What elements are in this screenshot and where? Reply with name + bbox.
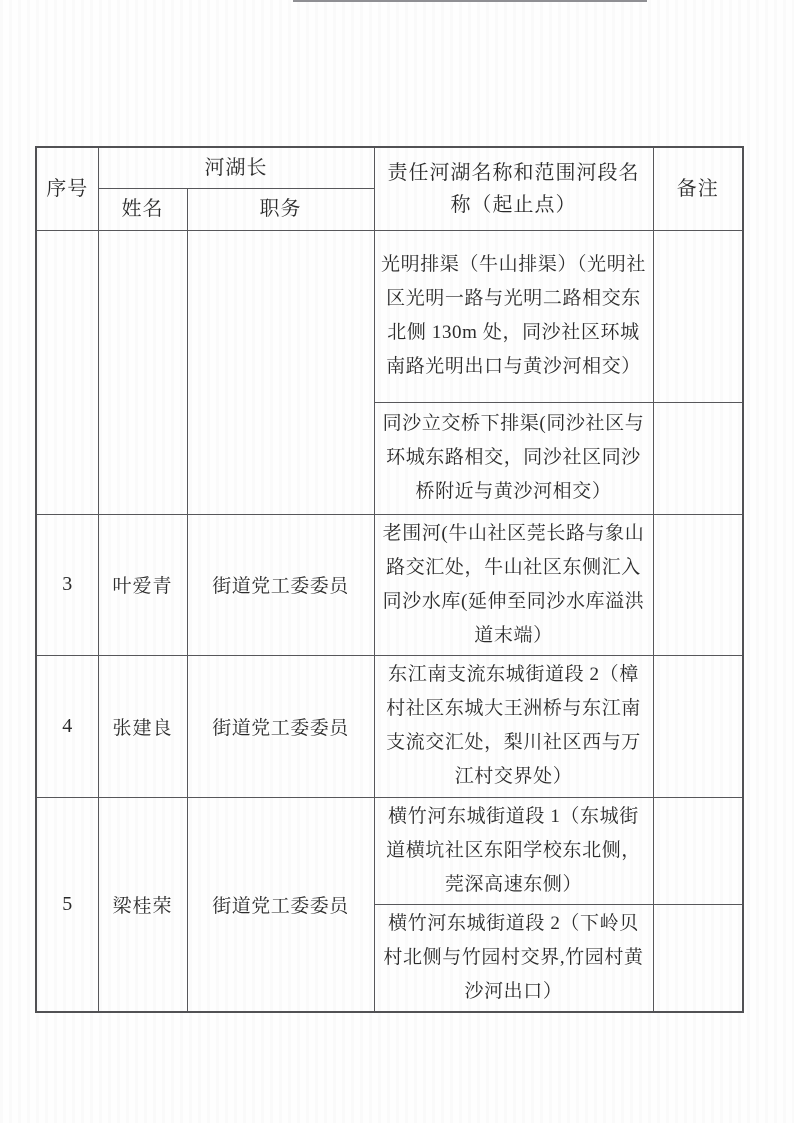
cell-remarks [653,230,743,402]
cell-river-segment: 光明排渠（牛山排渠）（光明社区光明一路与光明二路相交东北侧 130m 处，同沙社… [374,230,653,402]
table-row: 4 张建良 街道党工委委员 东江南支流东城街道段 2（樟村社区东城大王洲桥与东江… [36,655,743,797]
table-row: 5 梁桂荣 街道党工委委员 横竹河东城街道段 1（东城街道横坑社区东阳学校东北侧… [36,797,743,904]
cell-river-segment: 横竹河东城街道段 2（下岭贝村北侧与竹园村交界,竹园村黄沙河出口） [374,904,653,1012]
cell-river-segment: 东江南支流东城街道段 2（樟村社区东城大王洲桥与东江南支流交汇处，梨川社区西与万… [374,655,653,797]
cell-remarks [653,514,743,655]
cell-remarks [653,797,743,904]
header-name: 姓名 [98,188,187,230]
cell-serial: 3 [36,514,98,655]
cell-river-segment: 横竹河东城街道段 1（东城街道横坑社区东阳学校东北侧，莞深高速东侧） [374,797,653,904]
header-remarks: 备注 [653,147,743,230]
cell-position: 街道党工委委员 [187,797,374,1012]
river-chief-table: 序号 河湖长 责任河湖名称和范围河段名称（起止点） 备注 姓名 职务 光明排渠（… [35,146,744,1013]
header-chief-group: 河湖长 [98,147,374,188]
cell-river-segment: 老围河(牛山社区莞长路与象山路交汇处，牛山社区东侧汇入同沙水库(延伸至同沙水库溢… [374,514,653,655]
cell-position [187,230,374,514]
cell-remarks [653,402,743,514]
cell-name: 梁桂荣 [98,797,187,1012]
cell-position: 街道党工委委员 [187,655,374,797]
table-row: 光明排渠（牛山排渠）（光明社区光明一路与光明二路相交东北侧 130m 处，同沙社… [36,230,743,402]
cell-serial: 4 [36,655,98,797]
table-row: 3 叶爱青 街道党工委委员 老围河(牛山社区莞长路与象山路交汇处，牛山社区东侧汇… [36,514,743,655]
header-position: 职务 [187,188,374,230]
cell-remarks [653,904,743,1012]
cell-position: 街道党工委委员 [187,514,374,655]
header-river: 责任河湖名称和范围河段名称（起止点） [374,147,653,230]
cell-name: 张建良 [98,655,187,797]
cell-name: 叶爱青 [98,514,187,655]
cell-name [98,230,187,514]
cell-serial [36,230,98,514]
cell-river-segment: 同沙立交桥下排渠(同沙社区与环城东路相交，同沙社区同沙桥附近与黄沙河相交） [374,402,653,514]
header-row-1: 序号 河湖长 责任河湖名称和范围河段名称（起止点） 备注 [36,147,743,188]
scan-edge-artifact [293,0,647,2]
cell-serial: 5 [36,797,98,1012]
header-serial: 序号 [36,147,98,230]
cell-remarks [653,655,743,797]
